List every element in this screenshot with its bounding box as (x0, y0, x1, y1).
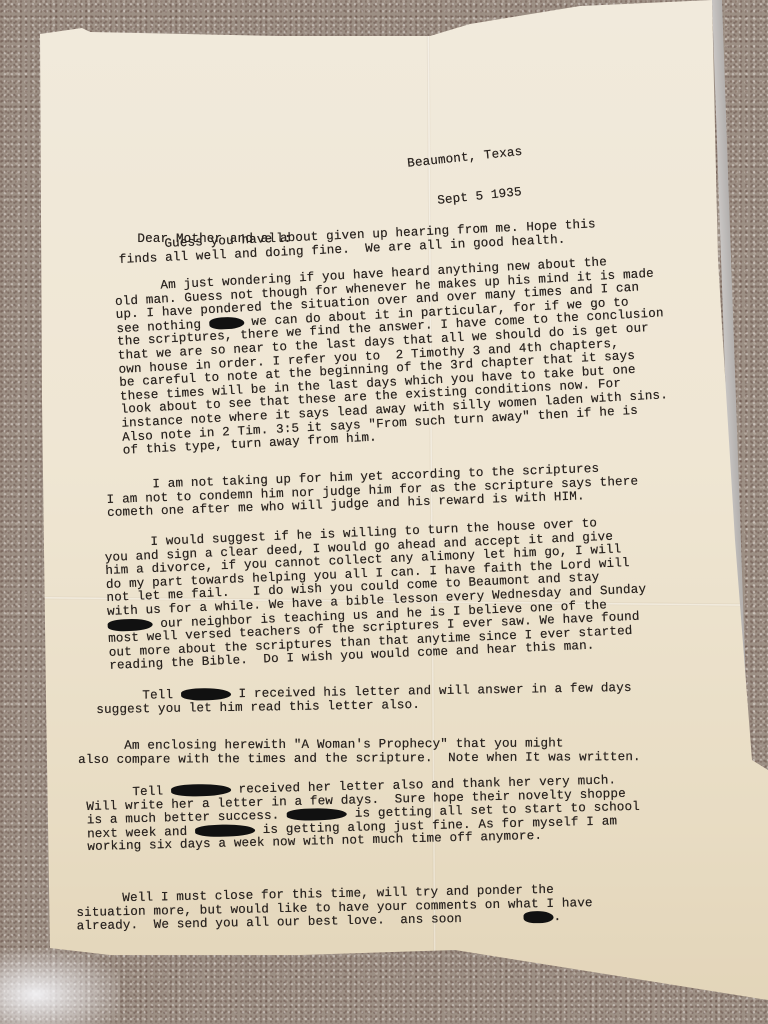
letter-heading: Beaumont, Texas Sept 5 1935 (404, 120, 529, 224)
letter-date: Sept 5 1935 (411, 185, 527, 211)
paragraph: Tell received her letter also and thank … (86, 773, 641, 854)
redaction-mark (287, 808, 347, 821)
paragraph: Am just wondering if you have heard anyt… (114, 253, 670, 458)
redaction-mark (107, 618, 152, 632)
letter-location: Beaumont, Texas (407, 146, 523, 172)
redaction-mark (195, 824, 255, 837)
counter-glare (0, 950, 120, 1024)
redaction-mark (181, 688, 231, 701)
paragraph: Am enclosing herewith "A Woman's Prophec… (78, 737, 641, 767)
paragraph: I would suggest if he is willing to turn… (104, 515, 649, 673)
redaction-mark (171, 783, 231, 796)
redaction-mark (523, 911, 553, 924)
redaction-mark (209, 316, 245, 330)
